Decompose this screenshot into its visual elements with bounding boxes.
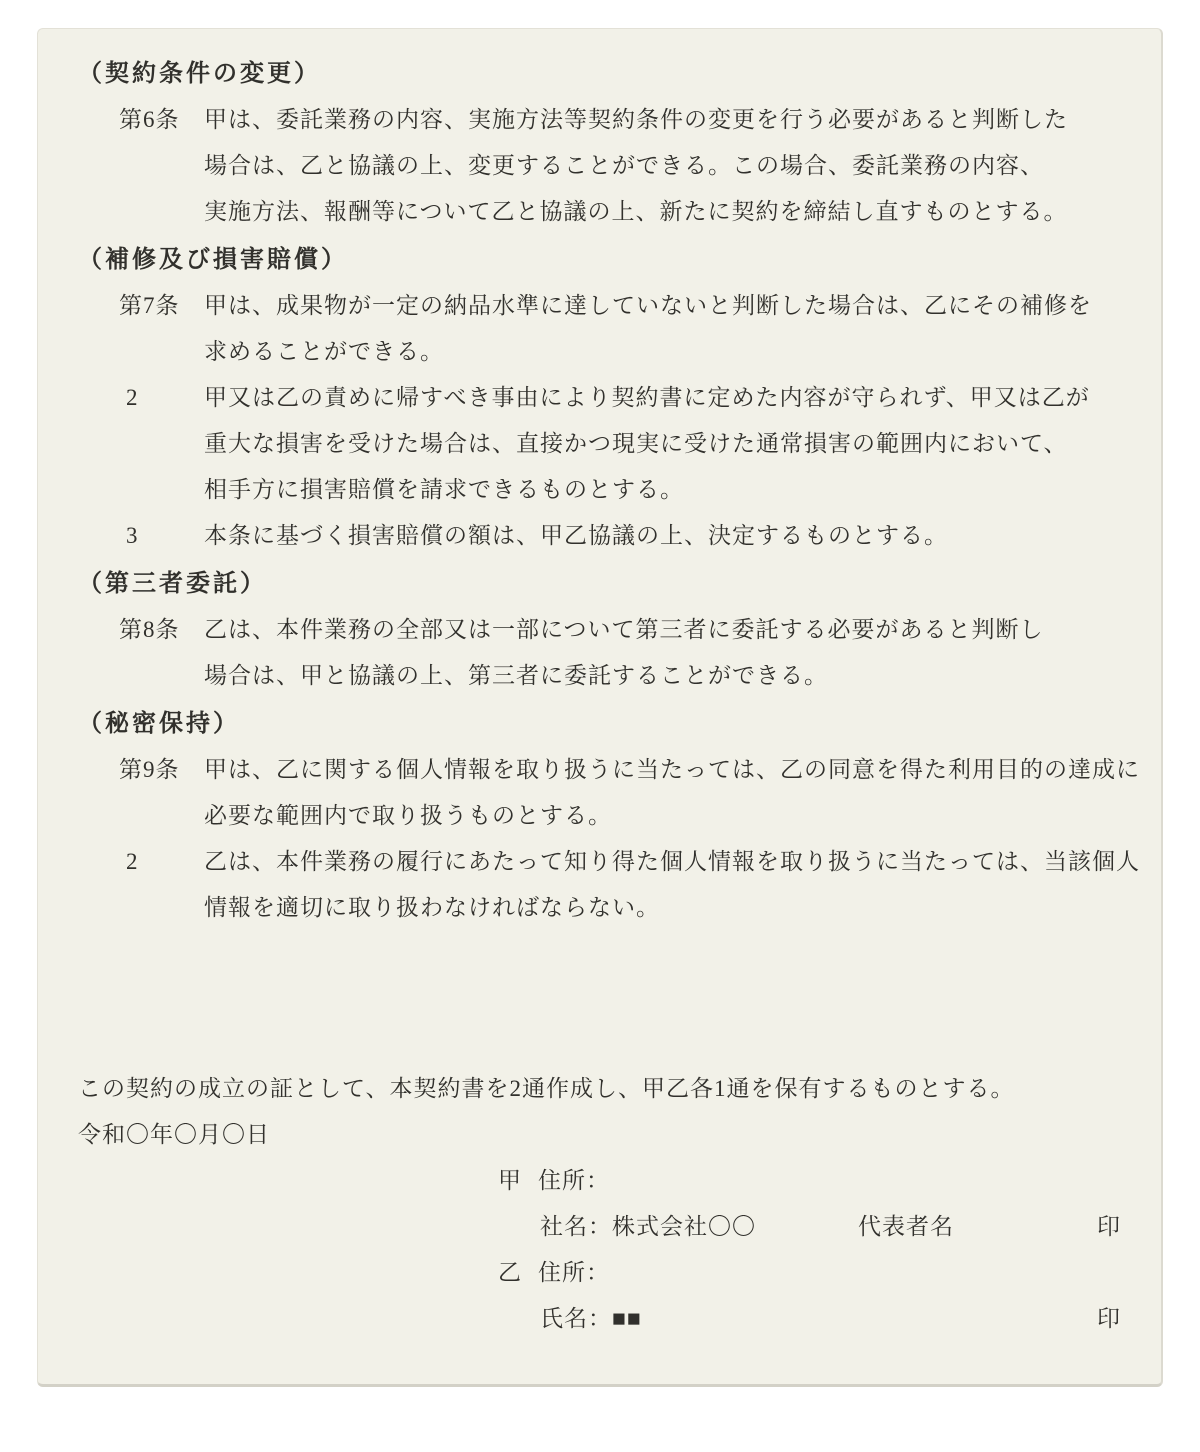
article-7: 第7条 甲は、成果物が一定の納品水準に達していないと判断した場合は、乙にその補修…	[78, 283, 1121, 375]
article-6-line-2: 場合は、乙と協議の上、変更することができる。この場合、委託業務の内容、	[204, 143, 1121, 189]
article-9-paragraph-2-number: 2	[126, 839, 204, 885]
article-7-paragraph-3-line-1: 本条に基づく損害賠償の額は、甲乙協議の上、決定するものとする。	[204, 513, 1121, 559]
article-8: 第8条 乙は、本件業務の全部又は一部について第三者に委託する必要があると判断し …	[78, 607, 1121, 699]
article-7-line-1: 甲は、成果物が一定の納品水準に達していないと判断した場合は、乙にその補修を	[204, 283, 1121, 329]
article-9-paragraph-2-body: 乙は、本件業務の履行にあたって知り得た個人情報を取り扱うに当たっては、当該個人 …	[204, 839, 1121, 931]
article-6-number: 第6条	[119, 97, 204, 143]
party-b-seal-mark: 印	[1097, 1296, 1121, 1342]
article-7-paragraph-3-number: 3	[126, 513, 204, 559]
party-b-address-row: 乙 住所：	[498, 1250, 1121, 1296]
party-a-label: 甲	[498, 1158, 522, 1204]
date-line: 令和〇年〇月〇日	[78, 1112, 1121, 1158]
article-9-paragraph-2: 2 乙は、本件業務の履行にあたって知り得た個人情報を取り扱うに当たっては、当該個…	[78, 839, 1121, 931]
signature-block: 甲 住所： 社名：株式会社〇〇 代表者名 印 乙 住所： 氏名：■■ 印	[78, 1158, 1121, 1342]
party-a-representative-label: 代表者名	[858, 1204, 954, 1250]
article-7-paragraph-2: 2 甲又は乙の責めに帰すべき事由により契約書に定めた内容が守られず、甲又は乙が …	[78, 375, 1121, 513]
party-a-seal-mark: 印	[1097, 1204, 1121, 1250]
article-8-line-2: 場合は、甲と協議の上、第三者に委託することができる。	[204, 653, 1121, 699]
article-9-number: 第9条	[119, 747, 204, 793]
article-7-paragraph-2-body: 甲又は乙の責めに帰すべき事由により契約書に定めた内容が守られず、甲又は乙が 重大…	[204, 375, 1121, 513]
article-9-paragraph-2-line-1: 乙は、本件業務の履行にあたって知り得た個人情報を取り扱うに当たっては、当該個人	[204, 839, 1121, 885]
article-7-number: 第7条	[119, 283, 204, 329]
article-6-body: 甲は、委託業務の内容、実施方法等契約条件の変更を行う必要があると判断した 場合は…	[204, 97, 1121, 235]
party-b-address-label: 住所：	[538, 1250, 610, 1296]
section-heading-repair-damages: （補修及び損害賠償）	[78, 237, 1121, 283]
article-9-paragraph-2-line-2: 情報を適切に取り扱わなければならない。	[204, 885, 1121, 931]
article-7-paragraph-2-line-1: 甲又は乙の責めに帰すべき事由により契約書に定めた内容が守られず、甲又は乙が	[204, 375, 1121, 421]
article-9-line-2: 必要な範囲内で取り扱うものとする。	[204, 793, 1121, 839]
party-b-name-row: 氏名：■■ 印	[540, 1296, 1121, 1342]
article-7-paragraph-2-line-2: 重大な損害を受けた場合は、直接かつ現実に受けた通常損害の範囲内において、	[204, 421, 1121, 467]
article-9: 第9条 甲は、乙に関する個人情報を取り扱うに当たっては、乙の同意を得た利用目的の…	[78, 747, 1121, 839]
article-7-body: 甲は、成果物が一定の納品水準に達していないと判断した場合は、乙にその補修を 求め…	[204, 283, 1121, 375]
section-heading-change-of-terms: （契約条件の変更）	[78, 51, 1121, 97]
party-b-name-field: 氏名：■■	[540, 1296, 642, 1342]
contract-document-page: （契約条件の変更） 第6条 甲は、委託業務の内容、実施方法等契約条件の変更を行う…	[37, 28, 1163, 1387]
article-7-paragraph-2-line-3: 相手方に損害賠償を請求できるものとする。	[204, 467, 1121, 513]
closing-statement: この契約の成立の証として、本契約書を2通作成し、甲乙各1通を保有するものとする。	[78, 1066, 1121, 1112]
article-7-paragraph-3-body: 本条に基づく損害賠償の額は、甲乙協議の上、決定するものとする。	[204, 513, 1121, 559]
article-7-paragraph-3: 3 本条に基づく損害賠償の額は、甲乙協議の上、決定するものとする。	[78, 513, 1121, 559]
article-8-body: 乙は、本件業務の全部又は一部について第三者に委託する必要があると判断し 場合は、…	[204, 607, 1121, 699]
article-7-paragraph-2-number: 2	[126, 375, 204, 421]
section-heading-third-party: （第三者委託）	[78, 561, 1121, 607]
party-a-company-name: 社名：株式会社〇〇	[540, 1204, 858, 1250]
article-8-number: 第8条	[119, 607, 204, 653]
article-9-body: 甲は、乙に関する個人情報を取り扱うに当たっては、乙の同意を得た利用目的の達成に …	[204, 747, 1121, 839]
article-6-line-1: 甲は、委託業務の内容、実施方法等契約条件の変更を行う必要があると判断した	[204, 97, 1121, 143]
closing-block: この契約の成立の証として、本契約書を2通作成し、甲乙各1通を保有するものとする。…	[78, 1066, 1121, 1158]
article-8-line-1: 乙は、本件業務の全部又は一部について第三者に委託する必要があると判断し	[204, 607, 1121, 653]
article-6: 第6条 甲は、委託業務の内容、実施方法等契約条件の変更を行う必要があると判断した…	[78, 97, 1121, 235]
party-a-company-row: 社名：株式会社〇〇 代表者名 印	[540, 1204, 1121, 1250]
party-b-label: 乙	[498, 1250, 522, 1296]
article-6-line-3: 実施方法、報酬等について乙と協議の上、新たに契約を締結し直すものとする。	[204, 189, 1121, 235]
article-9-line-1: 甲は、乙に関する個人情報を取り扱うに当たっては、乙の同意を得た利用目的の達成に	[204, 747, 1121, 793]
party-a-address-label: 住所：	[538, 1158, 610, 1204]
section-heading-confidentiality: （秘密保持）	[78, 701, 1121, 747]
article-7-line-2: 求めることができる。	[204, 329, 1121, 375]
party-a-address-row: 甲 住所：	[498, 1158, 1121, 1204]
